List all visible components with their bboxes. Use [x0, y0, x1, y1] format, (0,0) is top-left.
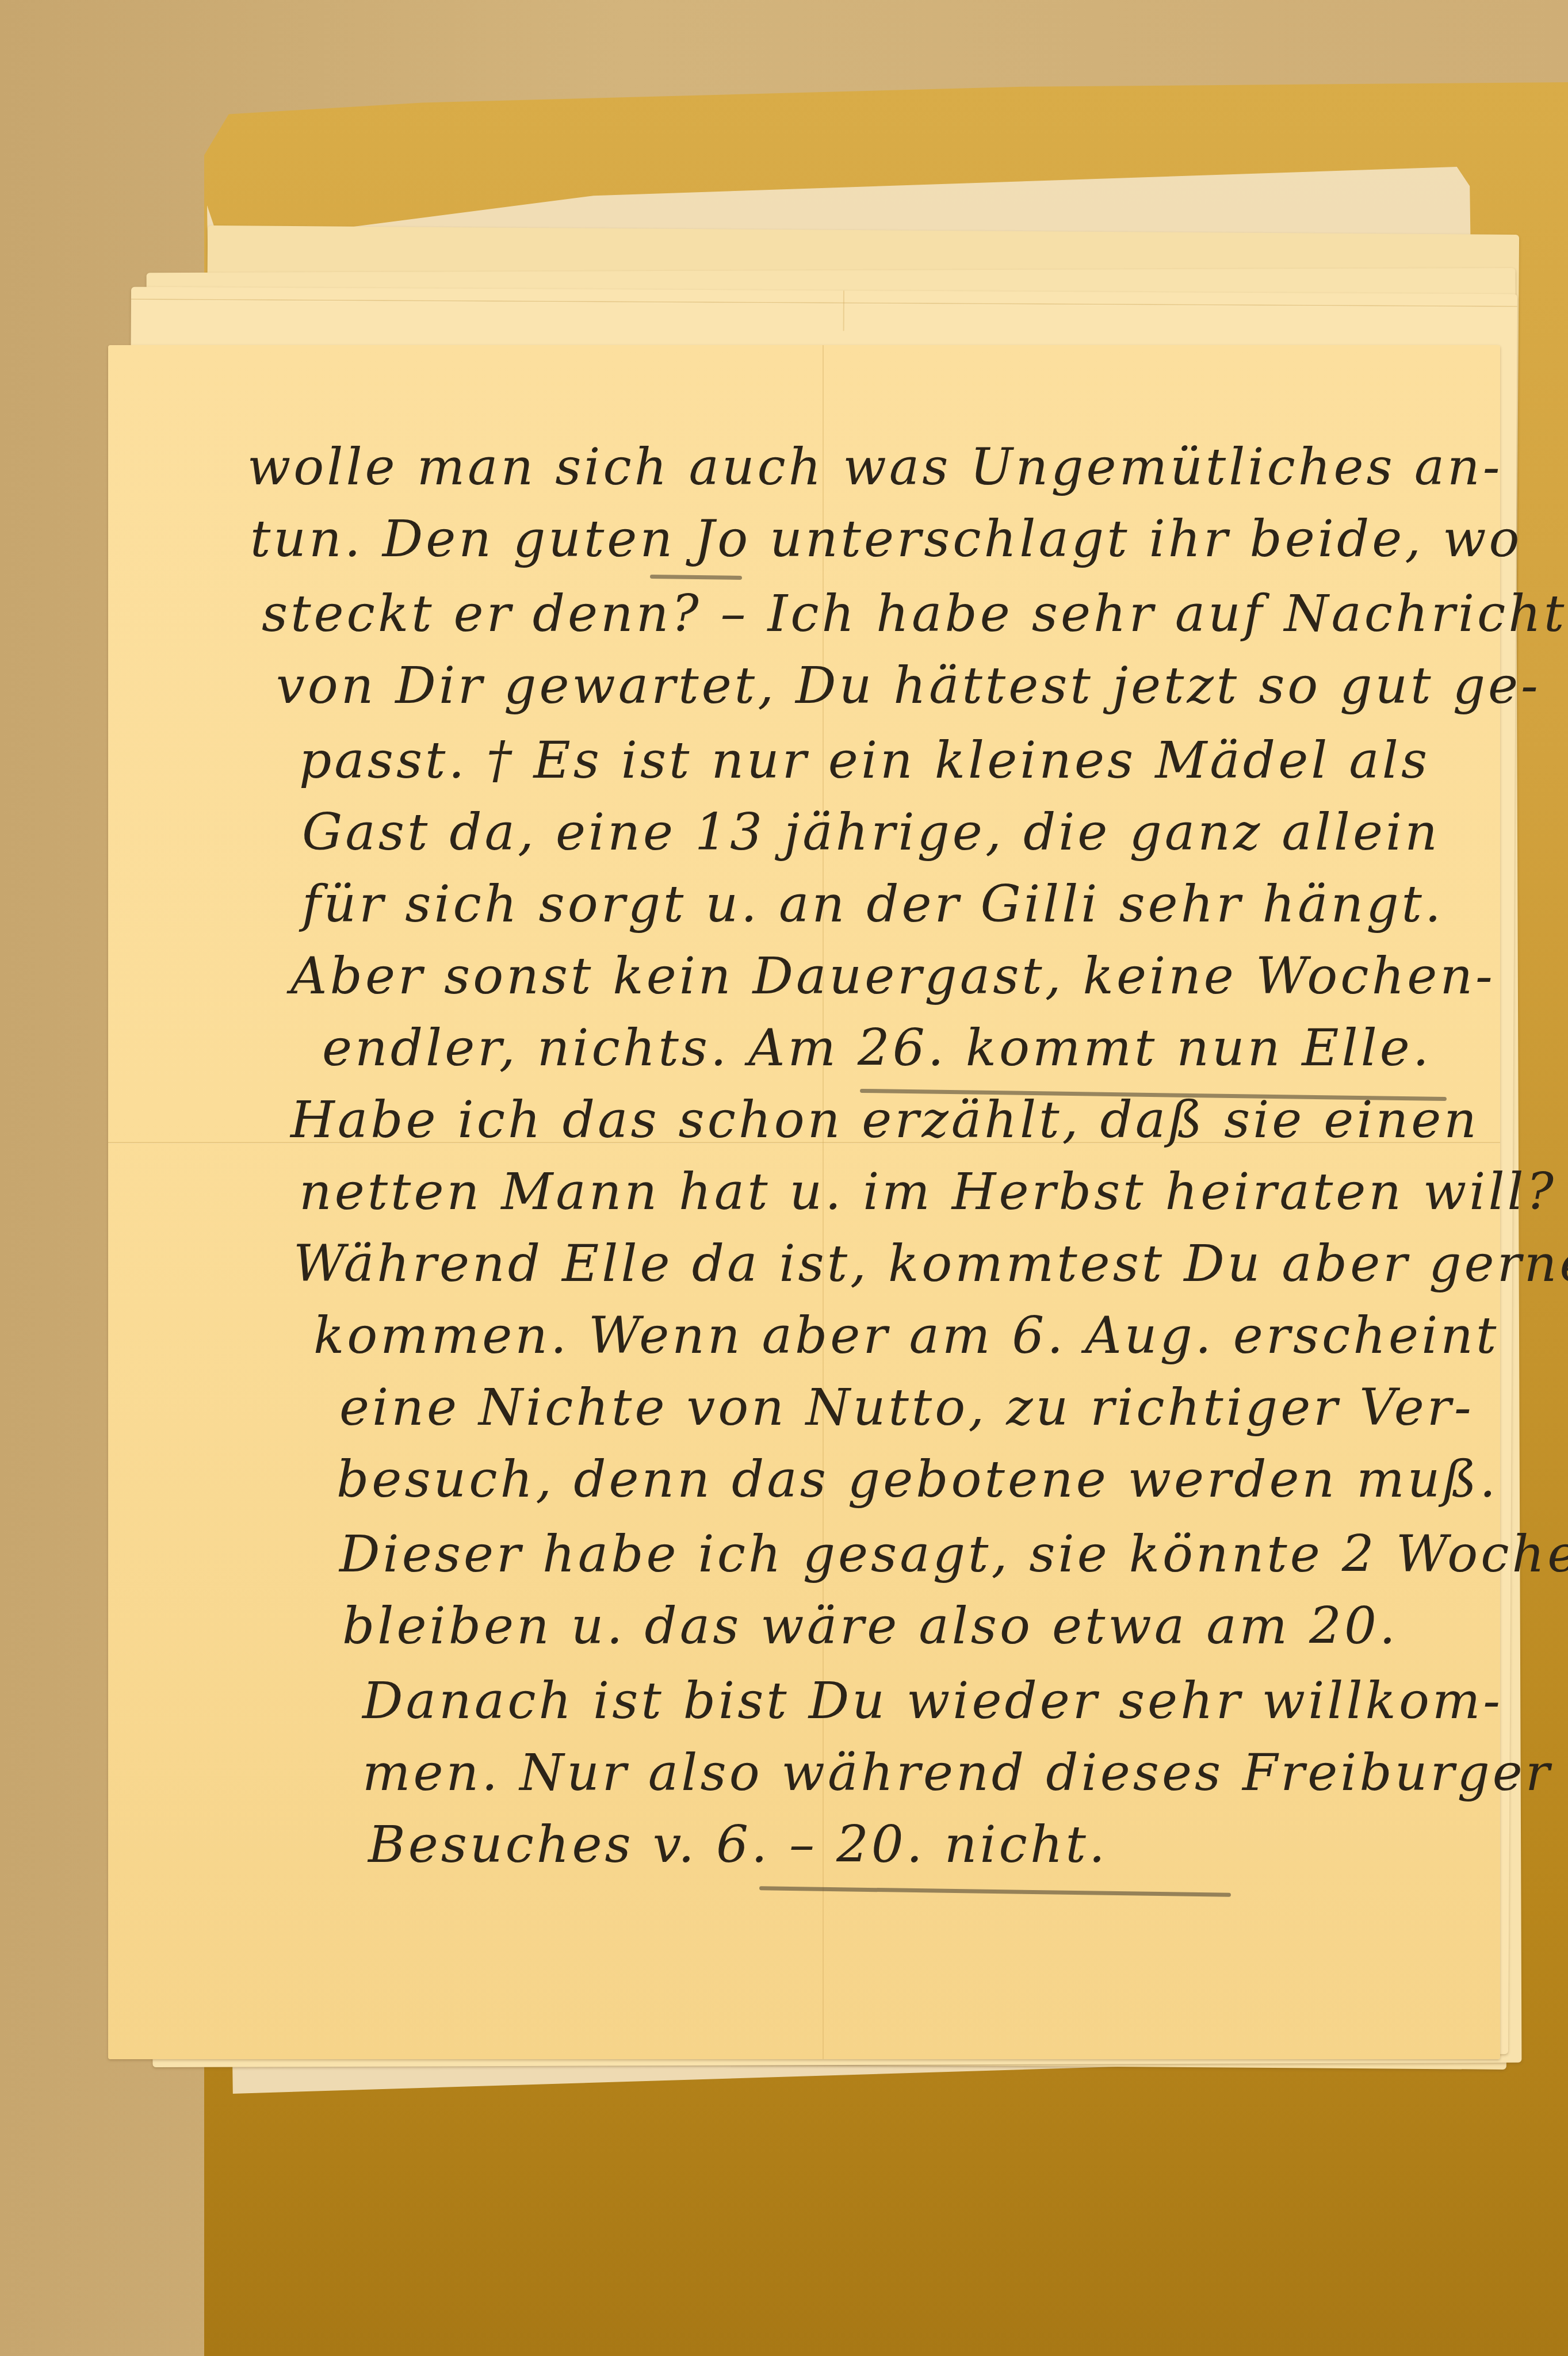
handwritten-line: men. Nur also während dieses Freiburger [362, 1743, 1552, 1802]
handwritten-line: Während Elle da ist, kommtest Du aber ge… [293, 1234, 1568, 1293]
handwritten-line: wolle man sich auch was Ungemütliches an… [247, 437, 1503, 496]
handwritten-line: passt. † Es ist nur ein kleines Mädel al… [299, 730, 1430, 790]
handwritten-line: tun. Den guten Jo unterschlagt ihr beide… [250, 509, 1523, 568]
handwritten-line: Dieser habe ich gesagt, sie könnte 2 Woc… [339, 1524, 1568, 1584]
handwritten-line: Besuches v. 6. – 20. nicht. [368, 1815, 1108, 1874]
handwritten-line: von Dir gewartet, Du hättest jetzt so gu… [276, 656, 1541, 715]
handwritten-line: für sich sorgt u. an der Gilli sehr häng… [302, 874, 1444, 934]
paper-edge-line [131, 299, 1517, 308]
handwritten-line: endler, nichts. Am 26. kommt nun Elle. [322, 1018, 1432, 1077]
handwritten-line: kommen. Wenn aber am 6. Aug. erscheint [313, 1306, 1499, 1365]
handwritten-line: Gast da, eine 13 jährige, die ganz allei… [302, 802, 1440, 862]
handwritten-line: netten Mann hat u. im Herbst heiraten wi… [299, 1162, 1556, 1221]
paper-crease [843, 290, 844, 331]
handwritten-line: bleiben u. das wäre also etwa am 20. [342, 1596, 1398, 1655]
handwritten-line: Aber sonst kein Dauergast, keine Wochen- [290, 946, 1496, 1005]
handwritten-line: Danach ist bist Du wieder sehr willkom- [362, 1671, 1503, 1730]
handwritten-line: eine Nichte von Nutto, zu richtiger Ver- [339, 1378, 1474, 1437]
handwritten-line: besuch, denn das gebotene werden muß. [336, 1449, 1498, 1509]
handwritten-line: steckt er denn? – Ich habe sehr auf Nach… [262, 584, 1567, 643]
